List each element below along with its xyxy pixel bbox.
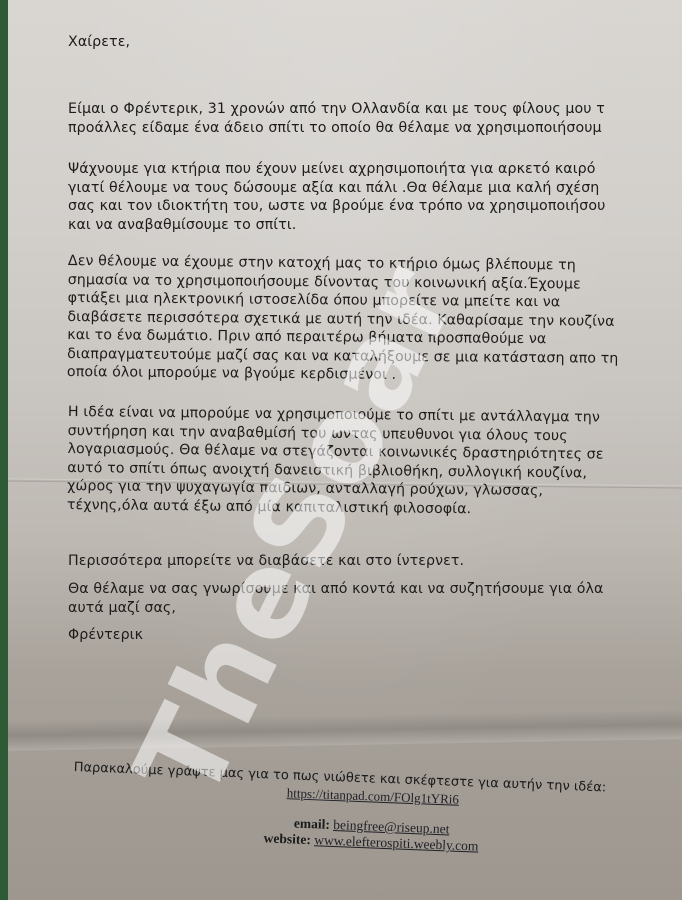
text-line: Περισσότερα μπορείτε να διαβάσετε και στ…: [68, 552, 464, 571]
letter-footer: Παρακαλούμε γράψτε μας για το πως νιώθετ…: [71, 760, 674, 862]
contact-info: email: beingfree@riseup.net website: www…: [71, 807, 672, 862]
email-label: email:: [294, 815, 331, 831]
letter-paragraph-more: Περισσότερα μπορείτε να διαβάσετε και στ…: [68, 552, 464, 571]
letter-signature: Φρέντερικ: [68, 626, 143, 645]
text-line: Θα θέλαμε να σας γνωρίσουμε και από κοντ…: [68, 580, 604, 599]
letter-paragraph-ownership: Δεν θέλουμε να έχουμε στην κατοχή μας το…: [67, 252, 619, 386]
text-line: Είμαι ο Φρέντερικ, 31 χρονών από την Ολλ…: [68, 100, 605, 119]
text-line: Ψάχνουμε για κτήρια που έχουν μείνει αχρ…: [68, 160, 605, 179]
letter-paragraph-meet: Θα θέλαμε να σας γνωρίσουμε και από κοντ…: [68, 580, 604, 617]
text-line: σας και τον ιδιοκτήτη του, ωστε να βρούμ…: [68, 197, 605, 216]
letter-paper: Χαίρετε, Είμαι ο Φρέντερικ, 31 χρονών απ…: [8, 0, 682, 900]
paper-fold: [8, 709, 682, 751]
text-line: προάλλες είδαμε ένα άδειο σπίτι το οποίο…: [68, 119, 605, 138]
text-line: γιατί θέλουμε να τους δώσουμε αξία και π…: [68, 179, 605, 198]
text-line: και να αναβαθμίσουμε το σπίτι.: [68, 216, 605, 235]
letter-paragraph-search: Ψάχνουμε για κτήρια που έχουν μείνει αχρ…: [68, 160, 605, 234]
website-label: website:: [263, 830, 311, 847]
text-line: αυτά μαζί σας,: [68, 599, 604, 618]
letter-paragraph-intro: Είμαι ο Φρέντερικ, 31 χρονών από την Ολλ…: [68, 100, 605, 137]
letter-paragraph-idea: Η ιδέα είναι να μπορούμε να χρησιμοποιού…: [67, 403, 604, 520]
letter-greeting: Χαίρετε,: [68, 33, 130, 52]
